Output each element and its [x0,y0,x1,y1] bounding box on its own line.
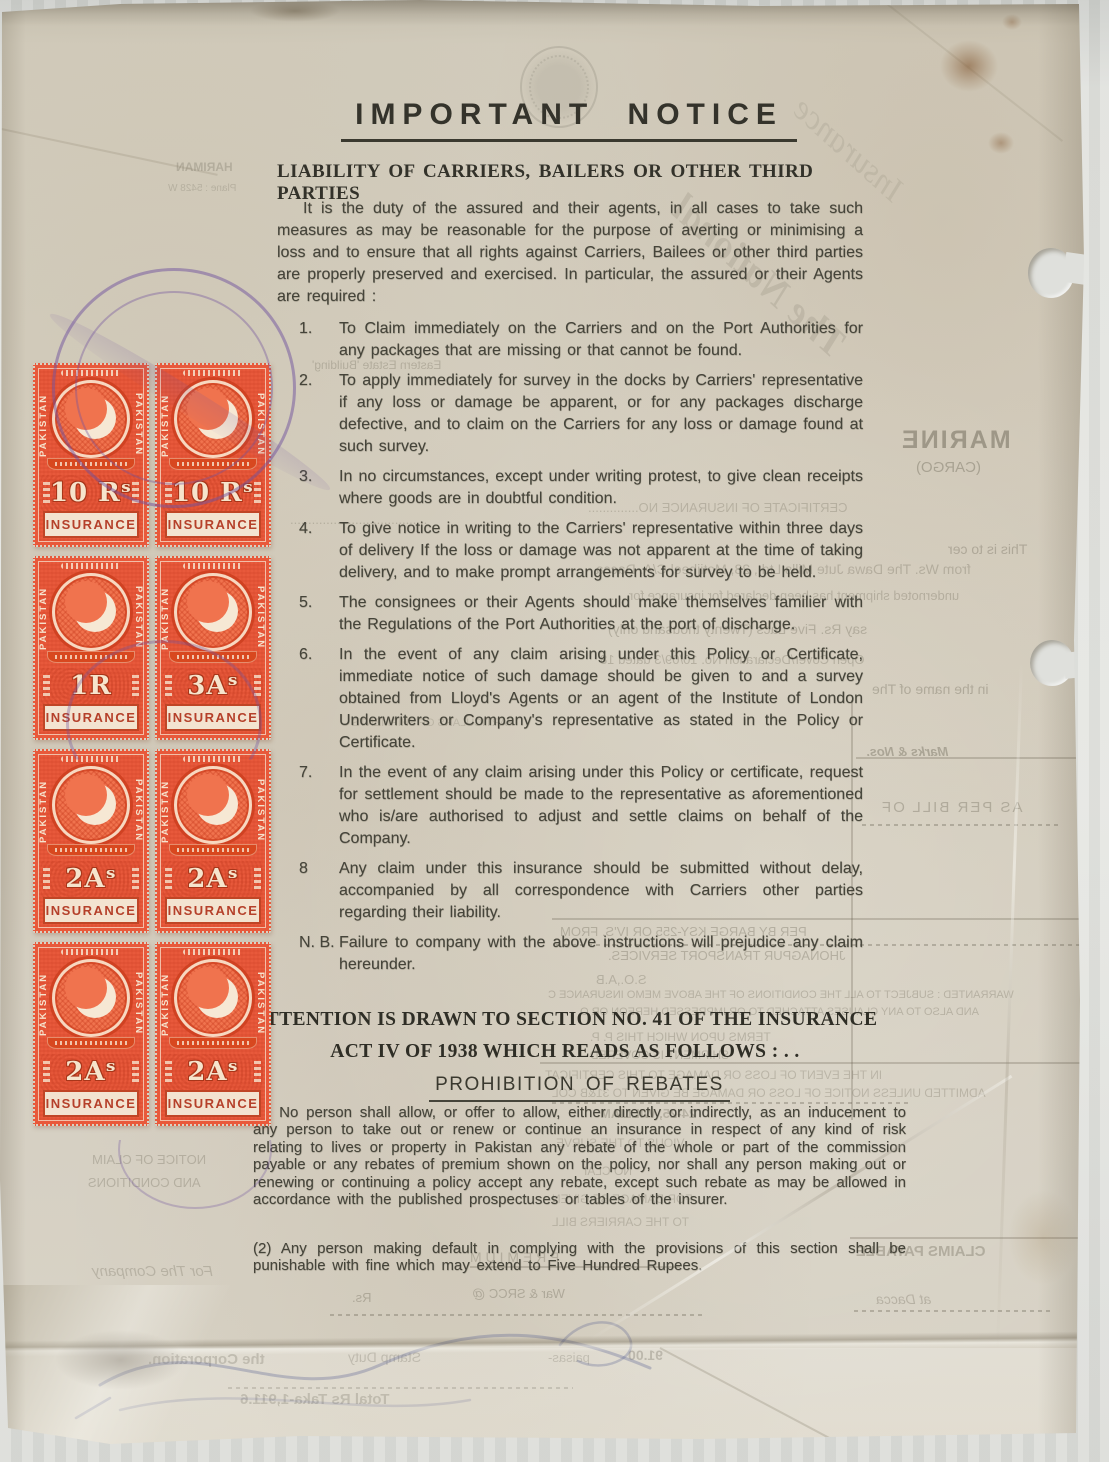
crescent-icon [74,783,116,825]
stamp-crescent-disc: ★ [174,766,252,844]
item-text: Failure to company with the above instru… [339,932,863,976]
title-block: IMPORTANT NOTICE [276,100,862,142]
rebates-heading-block: PROHIBITION OF REBATES [253,1074,906,1102]
bleed-through-text: Plane : 5428 W [168,182,236,195]
photo-backdrop: The NationalInsuranceHARIMANPlane : 5428… [0,0,1109,1462]
item-number: 7. [277,762,339,850]
attention-heading: ATTENTION IS DRAWN TO SECTION NO. 41 OF … [240,1004,890,1068]
stamp-inscription: INSURANCE [43,511,139,538]
item-number: 2. [277,370,339,458]
rebates-paragraph-2: (2) Any person making default in complyi… [253,1240,906,1275]
instruction-item: 8 Any claim under this insurance should … [277,858,863,924]
ghost-rule-line [850,1237,1085,1239]
item-number: 1. [277,318,339,362]
item-text: In the event of any claim arising under … [339,644,863,754]
item-text: The consignees or their Agents should ma… [339,592,863,636]
stamp-denomination: 2Aˢ [41,861,141,897]
stamp-urdu-band [183,563,243,569]
rebates-paragraph-1: (1) No person shall allow, or offer to a… [253,1104,906,1208]
crescent-icon [196,590,238,632]
instruction-item: 6. In the event of any claim arising und… [277,644,863,754]
stamp-block: PAKISTAN PAKISTAN ★ 10 Rˢ INSURANCE PAKI… [33,363,271,1126]
intro-paragraph: It is the duty of the assured and their … [277,198,863,308]
item-number: 3. [277,466,339,510]
bleed-through-text: at Dacca [876,1290,931,1308]
instruction-item: 3. In no circumstances, except under wri… [277,466,863,510]
instruction-item: 2. To apply immediately for survey in th… [277,370,863,458]
stamp-inscription: INSURANCE [165,897,261,924]
bleed-through-text: AS PER BILL OF [880,798,1023,818]
bleed-through-text: This is to cer [948,540,1027,558]
crescent-icon [196,397,238,439]
stamp-denomination: 1R [41,668,141,704]
bleed-through-text: HARIMAN [176,160,233,176]
instruction-item: 5. The consignees or their Agents should… [277,592,863,636]
stamp-crescent-disc: ★ [52,380,130,458]
item-number: 6. [277,644,339,754]
item-text: Any claim under this insurance should be… [339,858,863,924]
stamp-denomination: 3Aˢ [163,668,263,704]
stamp-denomination: 2Aˢ [163,1054,263,1090]
ghost-rule-line [854,1310,1054,1312]
stamp-banner [47,1037,135,1049]
stamp-banner [169,458,257,470]
item-text: In no circumstances, except under writin… [339,466,863,510]
stamp-inscription: INSURANCE [43,704,139,731]
item-number: 4. [277,518,339,584]
ghost-rule-line [856,757,1102,759]
bleed-through-text: NOTICE OF CLAIM [92,1152,206,1169]
item-number: N. B. [277,932,339,976]
insurance-stamp: PAKISTAN PAKISTAN ★ 10 Rˢ INSURANCE [155,363,271,547]
bleed-through-text: AND CONDITIONS [88,1175,201,1192]
bleed-through-text: WARRANTED : SUBJECT TO ALL THE CONDITION… [548,988,1014,1002]
insurance-stamp: PAKISTAN PAKISTAN ★ 10 Rˢ INSURANCE [33,363,149,547]
stamp-urdu-band [61,756,121,762]
item-number: 8 [277,858,339,924]
item-text: To Claim immediately on the Carriers and… [339,318,863,362]
punch-hole [1028,248,1074,298]
insurance-stamp: PAKISTAN PAKISTAN ★ 2Aˢ INSURANCE [155,749,271,933]
crescent-icon [196,783,238,825]
crescent-icon [74,397,116,439]
stamp-inscription: INSURANCE [165,704,261,731]
punch-hole [1030,640,1074,686]
stamp-inscription: INSURANCE [165,1090,261,1117]
stamp-crescent-disc: ★ [52,573,130,651]
stamp-crescent-disc: ★ [174,380,252,458]
bleed-through-text: TO THE CARRIERS BILL [552,1215,689,1231]
stamp-crescent-disc: ★ [174,573,252,651]
stamp-banner [47,651,135,663]
stamp-urdu-band [61,563,121,569]
stamp-banner [47,844,135,856]
stamp-denomination: 2Aˢ [163,861,263,897]
instruction-item: N. B. Failure to company with the above … [277,932,863,976]
crescent-icon [74,976,116,1018]
instruction-list: 1. To Claim immediately on the Carriers … [277,318,863,984]
signature-scribble [40,1290,800,1450]
bleed-through-text: (CARGO) [916,458,981,478]
bleed-through-text: MARINE [900,424,1011,457]
instruction-item: 1. To Claim immediately on the Carriers … [277,318,863,362]
insurance-stamp: PAKISTAN PAKISTAN ★ 2Aˢ INSURANCE [33,749,149,933]
ghost-rule-line [862,824,1062,826]
item-text: To give notice in writing to the Carrier… [339,518,863,584]
stamp-inscription: INSURANCE [165,511,261,538]
instruction-item: 4. To give notice in writing to the Carr… [277,518,863,584]
insurance-stamp: PAKISTAN PAKISTAN ★ 3Aˢ INSURANCE [155,556,271,740]
stamp-inscription: INSURANCE [43,897,139,924]
insurance-stamp: PAKISTAN PAKISTAN ★ 1R INSURANCE [33,556,149,740]
stamp-crescent-disc: ★ [52,959,130,1037]
bleed-through-text: in the name of The [872,680,988,698]
stamp-denomination: 10 Rˢ [41,475,141,511]
stamp-inscription: INSURANCE [43,1090,139,1117]
stamp-crescent-disc: ★ [174,959,252,1037]
stamp-urdu-band [61,370,121,376]
stamp-banner [169,651,257,663]
attention-line-2: ACT IV OF 1938 WHICH READS AS FOLLOWS : … [240,1036,890,1068]
insurance-stamp: PAKISTAN PAKISTAN ★ 2Aˢ INSURANCE [155,942,271,1126]
stamp-banner [169,1037,257,1049]
document-title: IMPORTANT NOTICE [341,100,797,142]
stamp-urdu-band [183,370,243,376]
stamp-urdu-band [61,949,121,955]
stamp-urdu-band [183,949,243,955]
item-text: To apply immediately for survey in the d… [339,370,863,458]
stamp-banner [169,844,257,856]
stamp-denomination: 10 Rˢ [163,475,263,511]
item-text: In the event of any claim arising under … [339,762,863,850]
stamp-crescent-disc: ★ [52,766,130,844]
crescent-icon [196,976,238,1018]
document-paper: The NationalInsuranceHARIMANPlane : 5428… [0,0,1109,1462]
item-number: 5. [277,592,339,636]
rebates-heading: PROHIBITION OF REBATES [429,1074,730,1102]
stamp-denomination: 2Aˢ [41,1054,141,1090]
stamp-urdu-band [183,756,243,762]
crescent-icon [74,590,116,632]
instruction-item: 7. In the event of any claim arising und… [277,762,863,850]
insurance-stamp: PAKISTAN PAKISTAN ★ 2Aˢ INSURANCE [33,942,149,1126]
bleed-through-text: For The Company [92,1262,213,1282]
stamp-banner [47,458,135,470]
attention-line-1: ATTENTION IS DRAWN TO SECTION NO. 41 OF … [240,1004,890,1036]
